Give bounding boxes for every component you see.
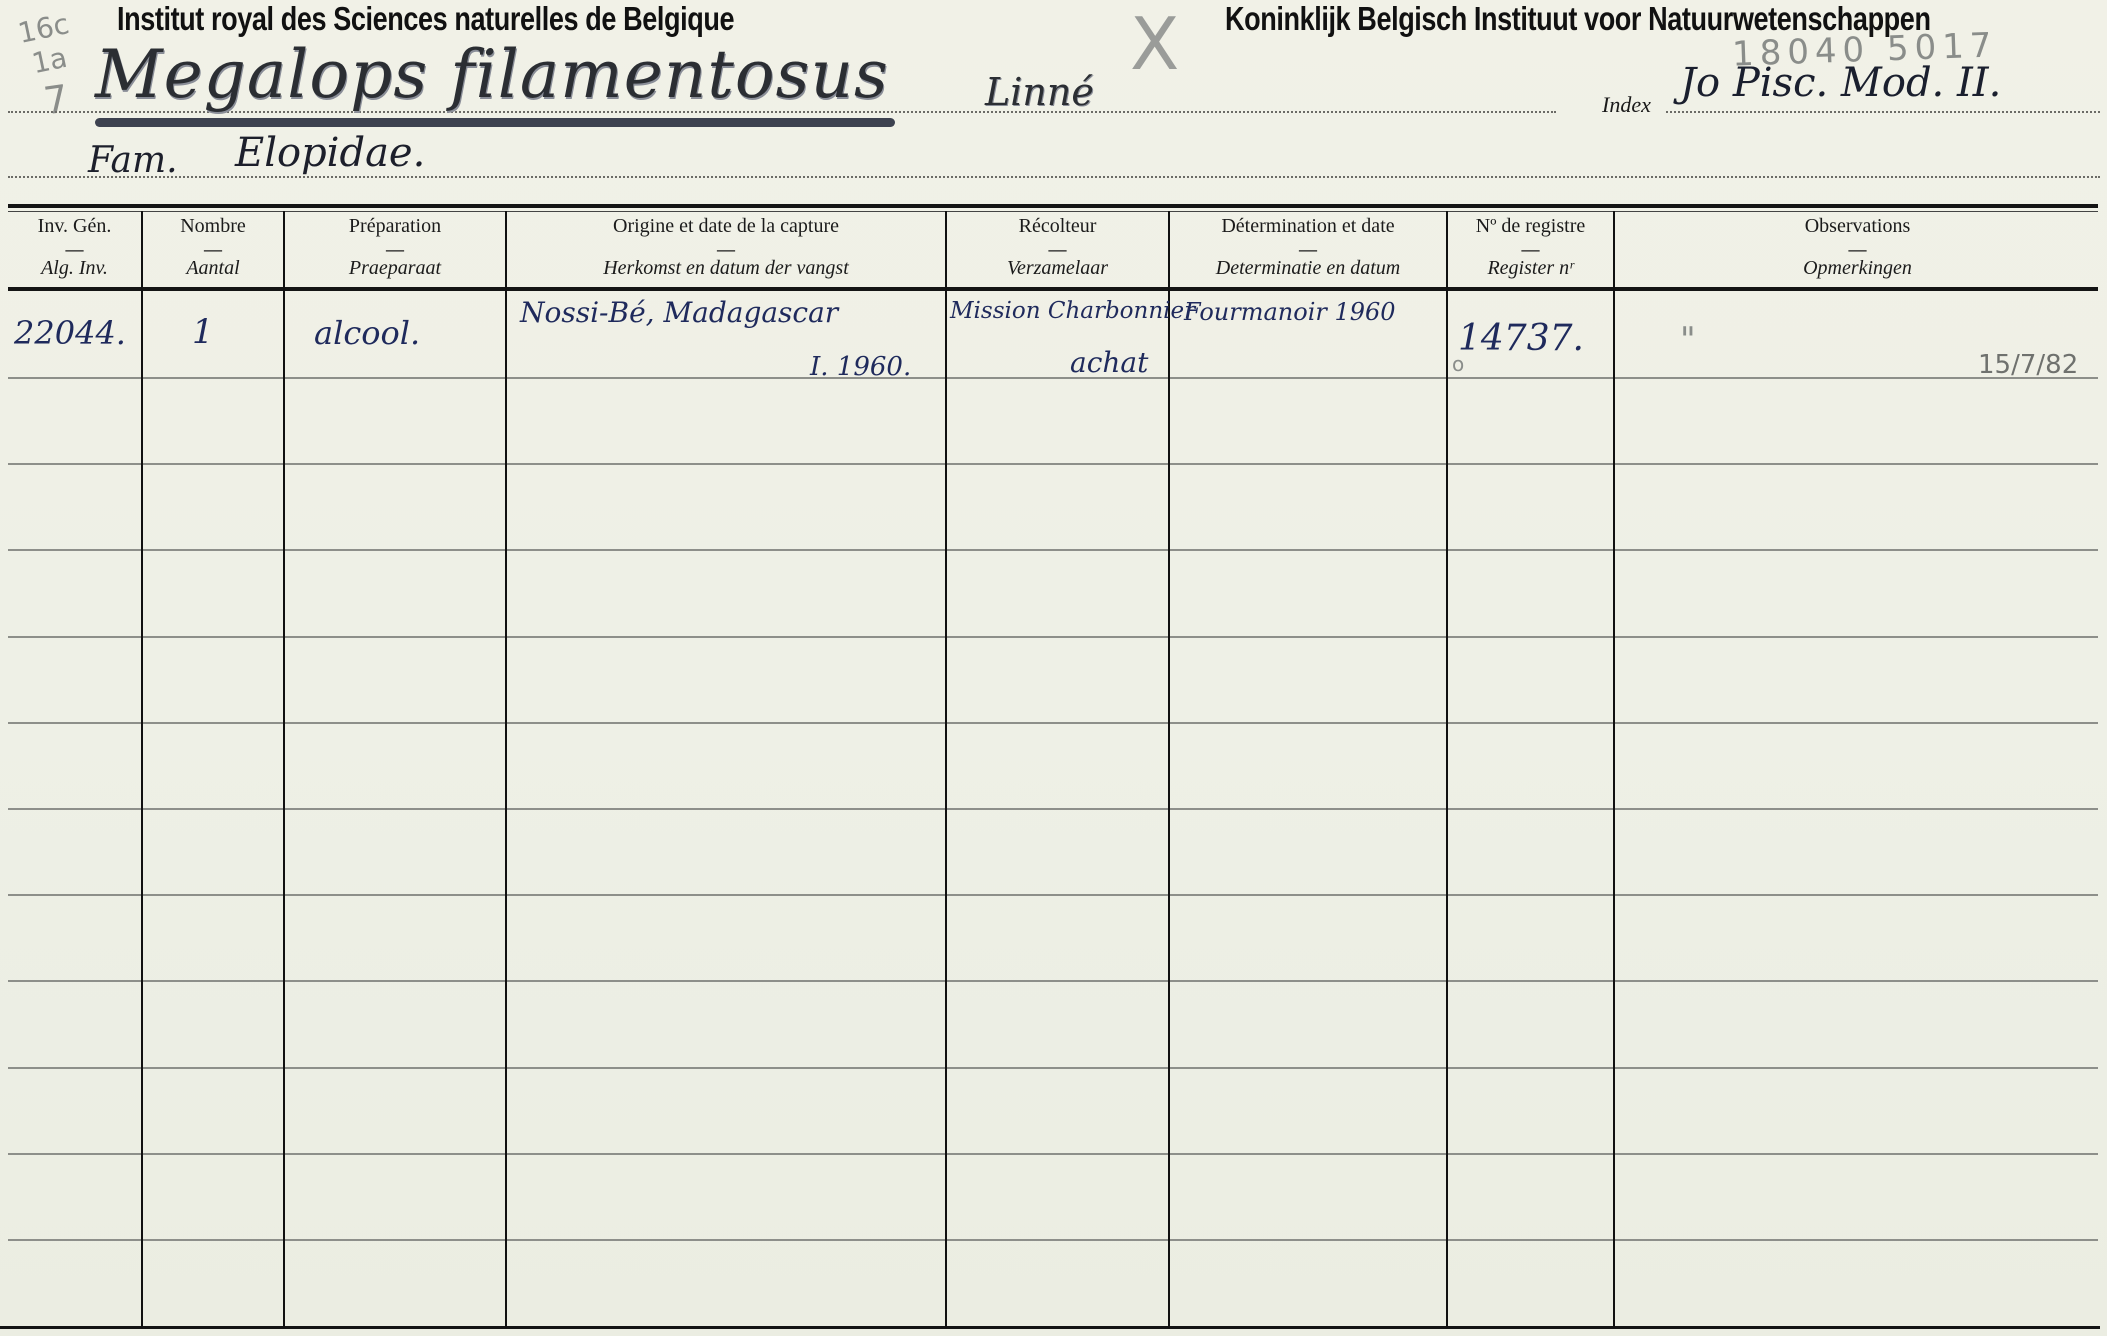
column-header-separator: —	[947, 242, 1168, 258]
cell-recolteur-note: achat	[1070, 346, 1148, 379]
cell-nombre: 1	[192, 312, 214, 352]
column-header-inv: Inv. Gén. — Alg. Inv.	[8, 216, 141, 278]
row-rule-line	[8, 636, 2098, 638]
column-divider	[945, 211, 947, 1328]
species-underline	[95, 118, 895, 127]
index-value: Jo Pisc. Mod. II.	[1680, 60, 2001, 106]
column-header-separator: —	[1448, 242, 1613, 258]
cell-origine-date: I. 1960.	[810, 352, 911, 382]
row-rule-line	[8, 549, 2098, 551]
row-rule-line	[8, 980, 2098, 982]
column-header-separator: —	[143, 242, 283, 258]
column-divider	[141, 211, 143, 1328]
column-header-nl: Determinatie en datum	[1170, 258, 1446, 278]
cell-inv: 22044.	[14, 314, 126, 352]
row-rule-line	[8, 377, 2098, 379]
cell-recolteur-name: Mission Charbonnier	[950, 298, 1195, 324]
column-header-separator: —	[1615, 242, 2100, 258]
column-header-separator: —	[507, 242, 945, 258]
family-label: Fam.	[88, 140, 178, 181]
cell-observations-mark: "	[1680, 320, 1696, 360]
row-rule-line	[8, 463, 2098, 465]
column-divider	[1168, 211, 1170, 1328]
column-header-nl: Register nʳ	[1448, 258, 1613, 278]
table-bottom-border	[0, 1326, 2100, 1329]
column-header-separator: —	[8, 242, 141, 258]
column-divider	[505, 211, 507, 1328]
row-rule-line	[8, 1153, 2098, 1155]
column-header-registre: Nº de registre — Register nʳ	[1448, 216, 1613, 278]
column-header-preparation: Préparation — Praeparaat	[285, 216, 505, 278]
column-divider	[283, 211, 285, 1328]
column-header-observations: Observations — Opmerkingen	[1615, 216, 2100, 278]
pencil-x-mark: X	[1130, 2, 1179, 86]
column-header-nombre: Nombre — Aantal	[143, 216, 283, 278]
column-header-nl: Opmerkingen	[1615, 258, 2100, 278]
row-rule-line	[8, 894, 2098, 896]
column-header-nl: Herkomst en datum der vangst	[507, 258, 945, 278]
cell-observations-date: 15/7/82	[1978, 350, 2078, 380]
cell-registre: 14737.	[1458, 318, 1584, 359]
column-divider	[1446, 211, 1448, 1328]
author-name: Linné	[985, 70, 1094, 114]
column-header-nl: Verzamelaar	[947, 258, 1168, 278]
row-rule-line	[8, 808, 2098, 810]
table-top-border	[8, 204, 2098, 208]
column-header-recolteur: Récolteur — Verzamelaar	[947, 216, 1168, 278]
cell-registre-mark: o	[1452, 352, 1464, 376]
pencil-note-2: 1a	[29, 41, 70, 81]
pencil-note-3: 7	[41, 77, 71, 124]
cell-determination: Fourmanoir 1960	[1184, 298, 1396, 326]
column-header-nl: Alg. Inv.	[8, 258, 141, 278]
column-header-separator: —	[285, 242, 505, 258]
index-dotted-line	[1666, 111, 2100, 113]
family-dotted-line	[8, 176, 2100, 178]
column-header-origine: Origine et date de la capture — Herkomst…	[507, 216, 945, 278]
row-rule-line	[8, 722, 2098, 724]
row-rule-line	[8, 1067, 2098, 1069]
family-value: Elopidae.	[235, 130, 425, 176]
column-header-separator: —	[1170, 242, 1446, 258]
specimen-index-card: 16c 1a 7 Institut royal des Sciences nat…	[0, 0, 2107, 1336]
cell-preparation: alcool.	[314, 314, 420, 352]
species-name: Megalops filamentosus	[95, 36, 889, 113]
table-header-bottom-border	[8, 287, 2098, 291]
column-header-nl: Praeparaat	[285, 258, 505, 278]
cell-origine-place: Nossi-Bé, Madagascar	[520, 296, 838, 329]
row-rule-line	[8, 1239, 2098, 1241]
institute-name-fr: Institut royal des Sciences naturelles d…	[117, 0, 734, 38]
index-label: Index	[1602, 92, 1651, 118]
column-header-nl: Aantal	[143, 258, 283, 278]
table-top-border-inner	[8, 211, 2098, 212]
column-header-determination: Détermination et date — Determinatie en …	[1170, 216, 1446, 278]
column-divider	[1613, 211, 1615, 1328]
